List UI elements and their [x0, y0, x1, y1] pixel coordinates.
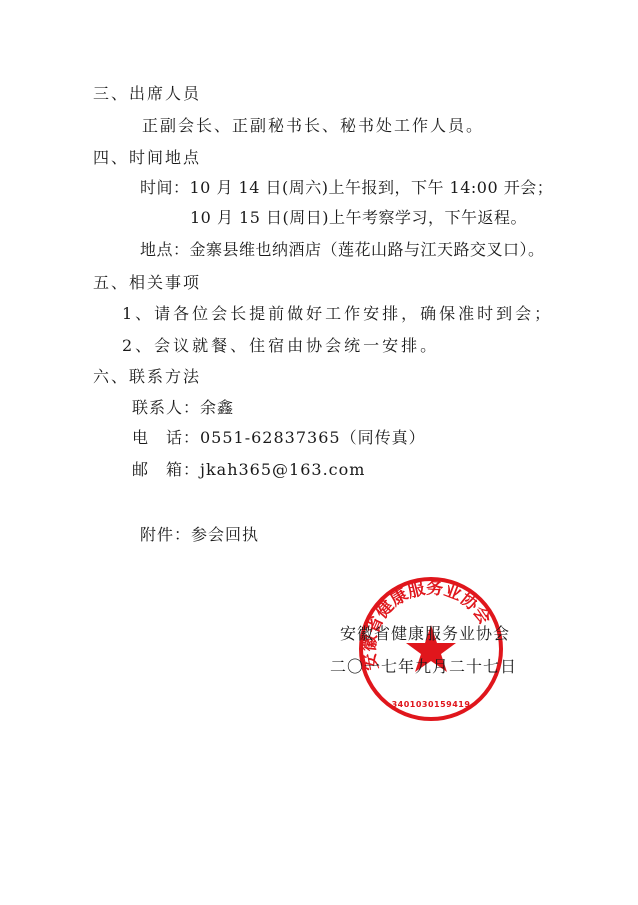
section-heading-matters: 五、相关事项 [93, 273, 201, 293]
matter-item-1: 1、请各位会长提前做好工作安排，确保准时到会； [122, 304, 553, 324]
signature-date: 二〇一七年九月二十七日 [330, 657, 517, 677]
time-line-2: 10 月 15 日(周日)上午考察学习，下午返程。 [190, 208, 527, 228]
matter-item-2: 2、会议就餐、住宿由协会统一安排。 [122, 336, 439, 356]
place-line: 地点：金寨县维也纳酒店（莲花山路与江天路交叉口）。 [140, 240, 545, 260]
time-line-1: 时间：10 月 14 日(周六)上午报到，下午 14:00 开会； [140, 178, 553, 198]
attendees-text: 正副会长、正副秘书长、秘书处工作人员。 [142, 116, 484, 136]
section-heading-time-place: 四、时间地点 [93, 148, 201, 168]
attachment-line: 附件：参会回执 [140, 525, 259, 545]
official-seal-icon: 安徽省健康服务业协会 3401030159419 [357, 575, 505, 723]
contact-person: 联系人：余鑫 [132, 398, 234, 418]
contact-phone: 电 话：0551-62837365（同传真） [132, 428, 426, 448]
signature-organization: 安徽省健康服务业协会 [340, 624, 510, 644]
section-heading-attendees: 三、出席人员 [93, 84, 201, 104]
section-heading-contact: 六、联系方法 [93, 367, 201, 387]
svg-text:3401030159419: 3401030159419 [392, 700, 471, 709]
contact-email: 邮 箱：jkah365@163.com [132, 460, 365, 480]
